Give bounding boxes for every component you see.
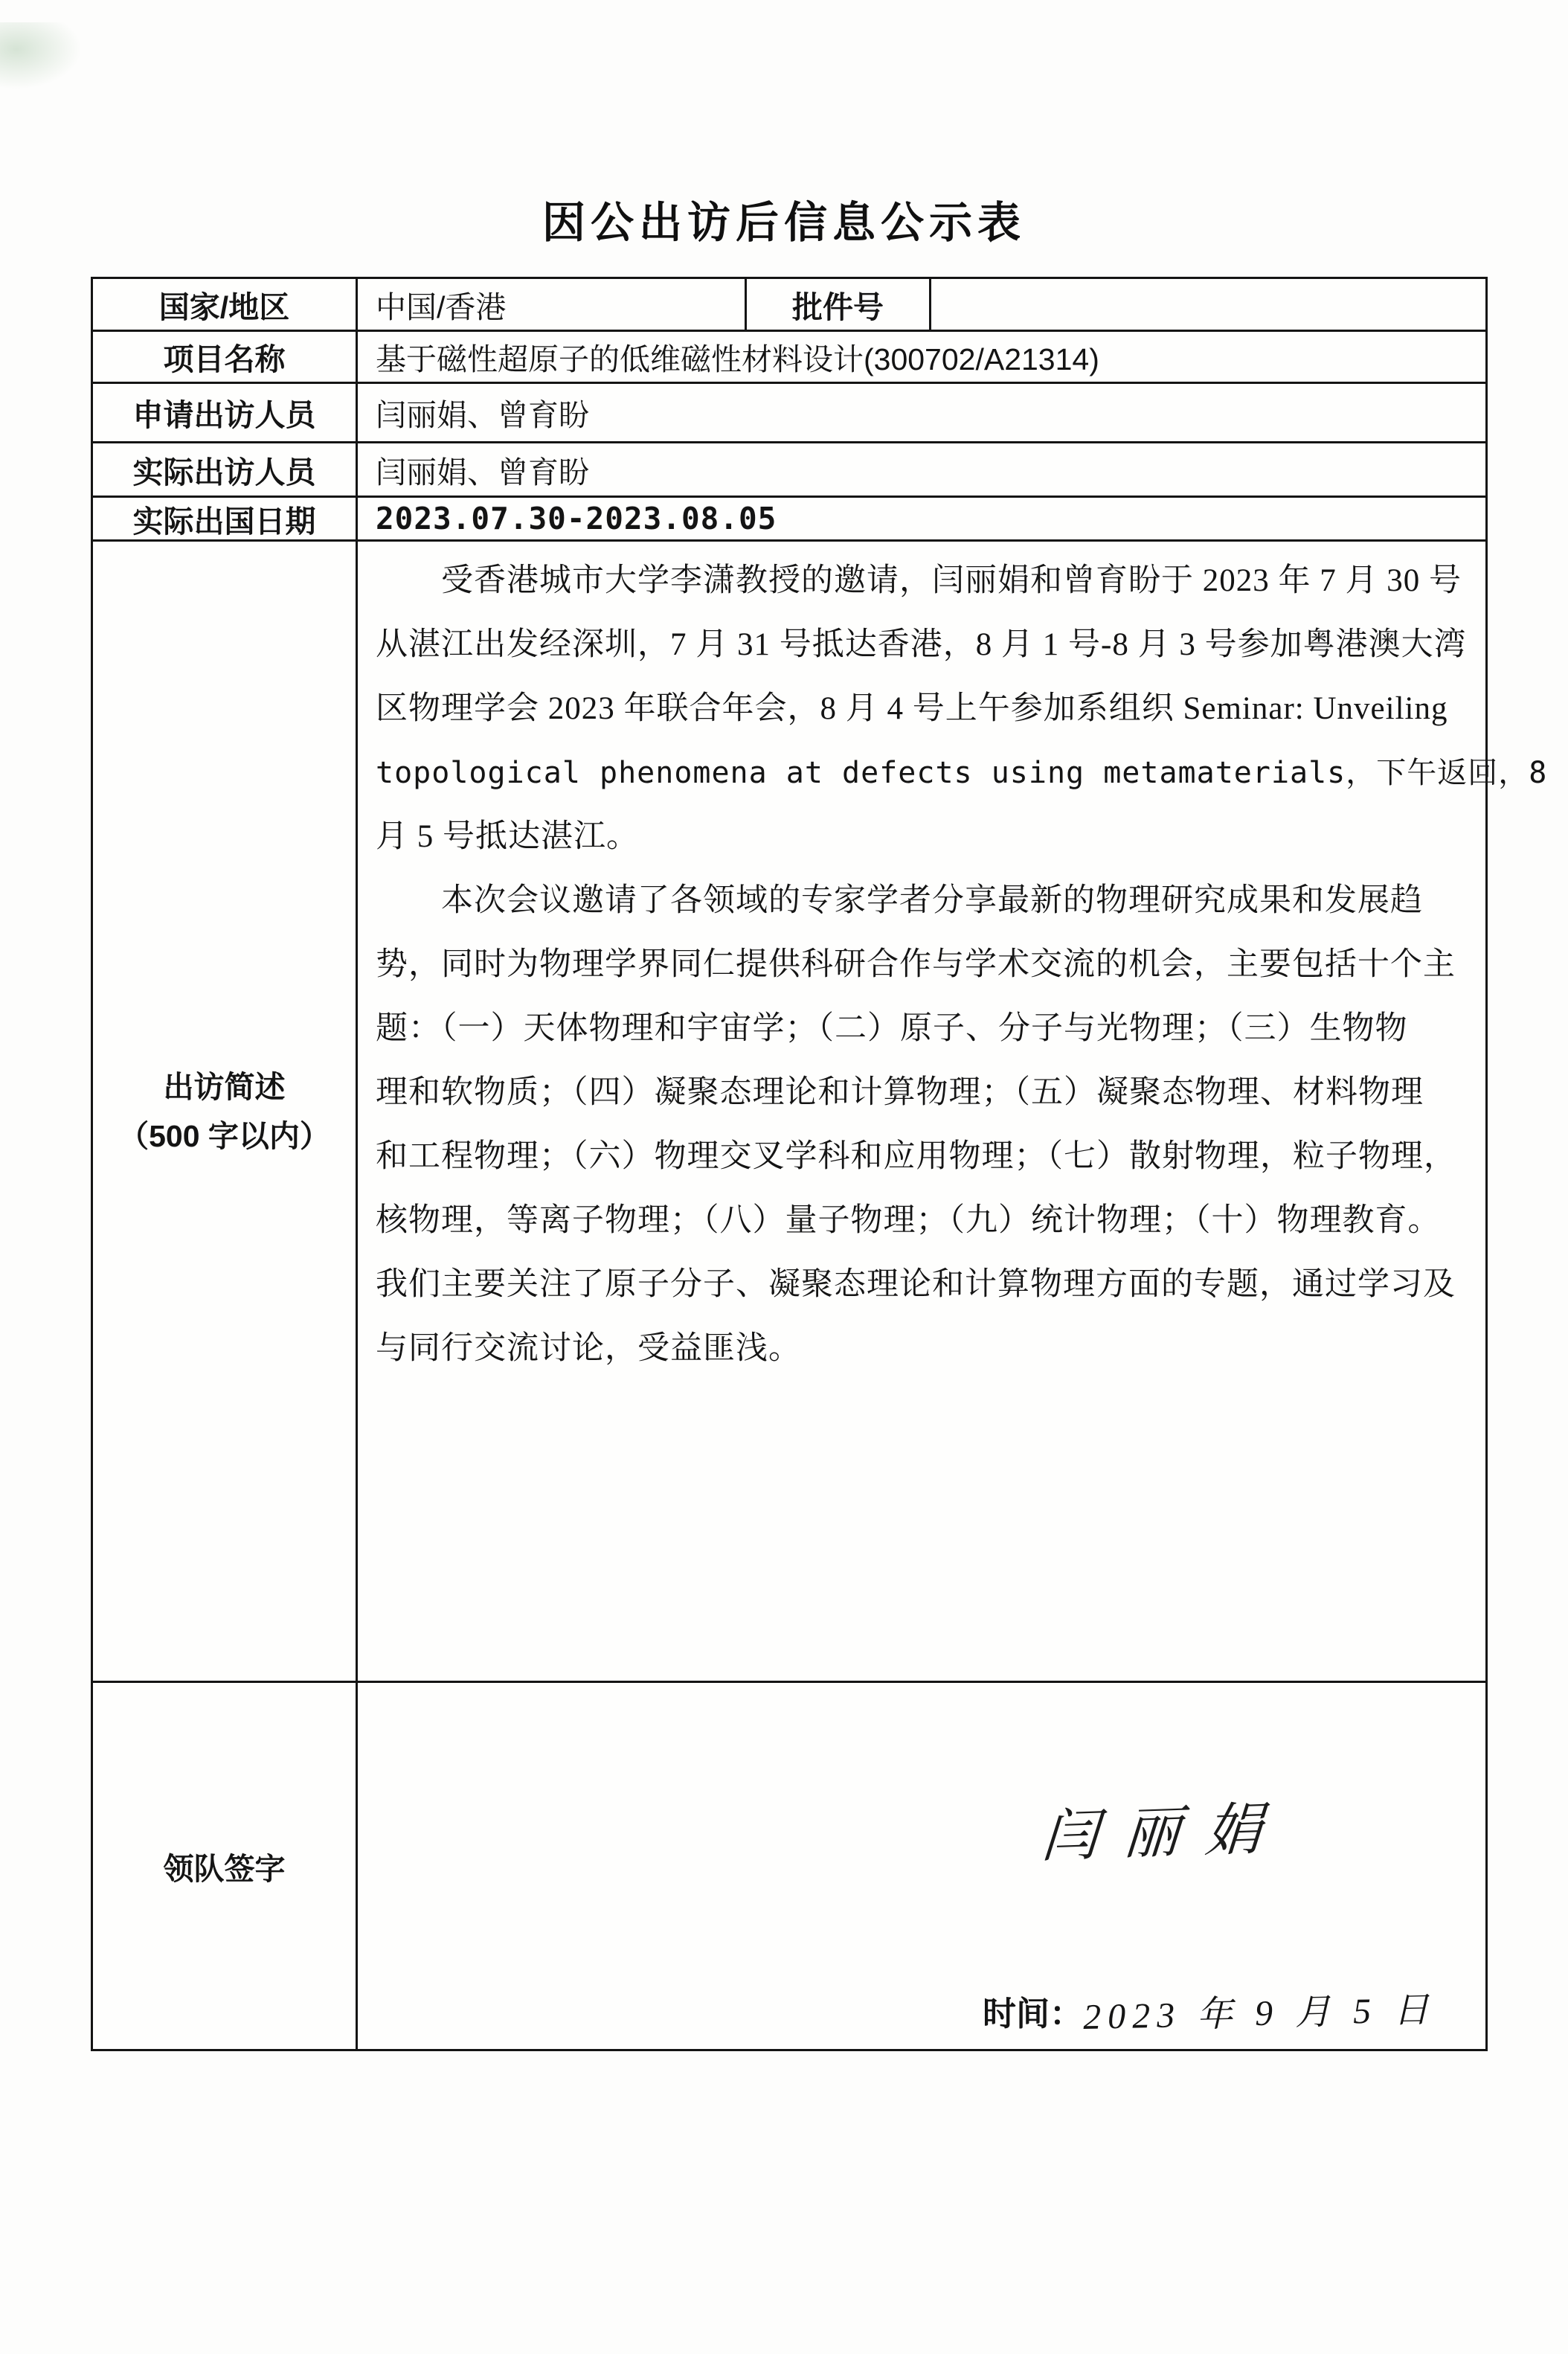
country-label: 国家/地区 <box>93 279 358 330</box>
signature-date-value: 2023 年 9 月 5 日 <box>1082 1981 1436 2039</box>
country-value: 中国/香港 <box>358 279 747 330</box>
summary-text-line: 势，同时为物理学界同仁提供科研合作与学术交流的机会，主要包括十个主 <box>376 933 1547 997</box>
approval-number-label: 批件号 <box>747 279 931 330</box>
actual-personnel-label: 实际出访人员 <box>93 443 358 496</box>
summary-label-line1: 出访简述 <box>164 1062 286 1112</box>
project-name-label: 项目名称 <box>93 332 358 382</box>
leader-signature-label: 领队签字 <box>93 1683 358 2049</box>
travel-dates-value: 2023.07.30-2023.08.05 <box>358 498 1485 539</box>
handwritten-signature: 闫丽娟 <box>1039 1783 1290 1873</box>
table-row-travel-dates: 实际出国日期 2023.07.30-2023.08.05 <box>93 496 1485 539</box>
project-name-value: 基于磁性超原子的低维磁性材料设计(300702/A21314) <box>358 332 1485 382</box>
summary-label: 出访简述 （500 字以内） <box>93 542 358 1681</box>
table-row-project: 项目名称 基于磁性超原子的低维磁性材料设计(300702/A21314) <box>93 330 1485 382</box>
summary-label-line2: （500 字以内） <box>118 1112 330 1161</box>
page-title: 因公出访后信息公示表 <box>0 187 1568 250</box>
table-row-applied-personnel: 申请出访人员 闫丽娟、曾育盼 <box>93 382 1485 441</box>
summary-text-line: topological phenomena at defects using m… <box>376 741 1547 805</box>
table-row-summary: 出访简述 （500 字以内） 受香港城市大学李潇教授的邀请，闫丽娟和曾育盼于 2… <box>93 539 1485 1681</box>
actual-personnel-value: 闫丽娟、曾育盼 <box>358 443 1485 496</box>
signature-date: 时间：2023 年 9 月 5 日 <box>983 1984 1436 2036</box>
summary-text-line: 核物理，等离子物理；（八）量子物理；（九）统计物理；（十）物理教育。 <box>376 1189 1547 1253</box>
table-row-signature: 领队签字 闫丽娟 时间：2023 年 9 月 5 日 <box>93 1681 1485 2049</box>
summary-text-line: 和工程物理；（六）物理交叉学科和应用物理；（七）散射物理，粒子物理， <box>376 1125 1547 1189</box>
summary-text-line: 我们主要关注了原子分子、凝聚态理论和计算物理方面的专题，通过学习及 <box>376 1253 1547 1317</box>
summary-text-line: 从湛江出发经深圳，7 月 31 号抵达香港，8 月 1 号-8 月 3 号参加粤… <box>376 613 1547 677</box>
table-row-country: 国家/地区 中国/香港 批件号 <box>93 279 1485 330</box>
summary-text: 受香港城市大学李潇教授的邀请，闫丽娟和曾育盼于 2023 年 7 月 30 号 … <box>358 542 1568 1681</box>
applied-personnel-label: 申请出访人员 <box>93 384 358 441</box>
approval-number-value <box>931 279 1485 330</box>
table-row-actual-personnel: 实际出访人员 闫丽娟、曾育盼 <box>93 441 1485 496</box>
signature-date-prefix: 时间： <box>983 1995 1083 2033</box>
summary-text-line: 题：（一）天体物理和宇宙学；（二）原子、分子与光物理；（三）生物物 <box>376 997 1547 1061</box>
scanned-form-page: { "page": { "title": "因公出访后信息公示表" }, "fo… <box>0 0 1568 2354</box>
disclosure-form-table: 国家/地区 中国/香港 批件号 项目名称 基于磁性超原子的低维磁性材料设计(30… <box>91 277 1488 2051</box>
summary-text-line: 与同行交流讨论，受益匪浅。 <box>376 1317 1547 1381</box>
travel-dates-label: 实际出国日期 <box>93 498 358 539</box>
summary-text-line: 月 5 号抵达湛江。 <box>376 805 1547 869</box>
summary-text-line: 区物理学会 2023 年联合年会，8 月 4 号上午参加系组织 Seminar:… <box>376 677 1547 741</box>
summary-text-line: 本次会议邀请了各领域的专家学者分享最新的物理研究成果和发展趋 <box>376 869 1547 933</box>
summary-text-line: 理和软物质；（四）凝聚态理论和计算物理；（五）凝聚态物理、材料物理 <box>376 1061 1547 1125</box>
scan-artifact-smudge <box>0 22 82 89</box>
signature-area: 闫丽娟 时间：2023 年 9 月 5 日 <box>358 1683 1485 2049</box>
summary-text-line: 受香港城市大学李潇教授的邀请，闫丽娟和曾育盼于 2023 年 7 月 30 号 <box>376 549 1547 613</box>
applied-personnel-value: 闫丽娟、曾育盼 <box>358 384 1485 441</box>
